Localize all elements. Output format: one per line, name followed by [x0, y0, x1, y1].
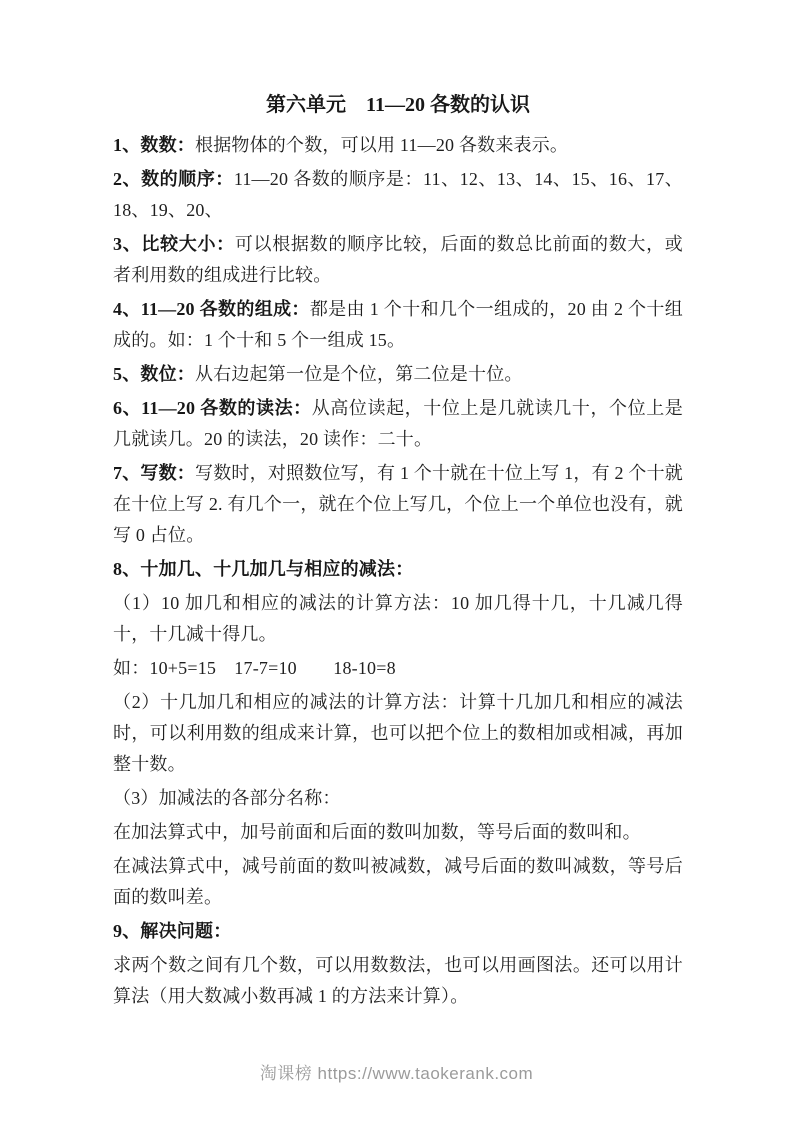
paragraph: 2、数的顺序：11—20 各数的顺序是：11、12、13、14、15、16、17…: [113, 164, 683, 226]
paragraph: 8、十加几、十几加几与相应的减法：: [113, 554, 683, 585]
paragraph-text: 写数时，对照数位写，有 1 个十就在十位上写 1，有 2 个十就在十位上写 2.…: [113, 463, 683, 545]
paragraph-label: 7、写数：: [113, 463, 195, 483]
paragraph: 7、写数：写数时，对照数位写，有 1 个十就在十位上写 1，有 2 个十就在十位…: [113, 458, 683, 551]
paragraph-equations: 如：10+5=15 17-7=10 18-10=8: [113, 653, 683, 684]
paragraph-label: 8、十加几、十几加几与相应的减法：: [113, 559, 413, 579]
paragraph: 9、解决问题：: [113, 916, 683, 947]
paragraph: 5、数位：从右边起第一位是个位，第二位是十位。: [113, 359, 683, 390]
paragraph-label: 4、11—20 各数的组成：: [113, 299, 310, 319]
page-title: 第六单元 11—20 各数的认识: [113, 90, 683, 120]
paragraph: （2）十几加几和相应的减法的计算方法：计算十几加几和相应的减法时，可以利用数的组…: [113, 687, 683, 780]
paragraph-text: （3）加减法的各部分名称：: [113, 788, 341, 808]
paragraph: 求两个数之间有几个数，可以用数数法，也可以用画图法。还可以用计算法（用大数减小数…: [113, 950, 683, 1012]
paragraph-label: 3、比较大小：: [113, 234, 235, 254]
paragraph: 1、数数：根据物体的个数，可以用 11—20 各数来表示。: [113, 130, 683, 161]
paragraph-label: 2、数的顺序：: [113, 169, 234, 189]
paragraph-label: 6、11—20 各数的读法：: [113, 398, 312, 418]
paragraph: （3）加减法的各部分名称：: [113, 783, 683, 814]
paragraph: 6、11—20 各数的读法：从高位读起，十位上是几就读几十，个位上是几就读几。2…: [113, 393, 683, 455]
paragraph-text: 如：10+5=15 17-7=10 18-10=8: [113, 658, 396, 678]
paragraph: 在减法算式中，减号前面的数叫被减数，减号后面的数叫减数，等号后面的数叫差。: [113, 851, 683, 913]
paragraph-text: 求两个数之间有几个数，可以用数数法，也可以用画图法。还可以用计算法（用大数减小数…: [113, 955, 683, 1006]
paragraph-text: （2）十几加几和相应的减法的计算方法：计算十几加几和相应的减法时，可以利用数的组…: [113, 692, 683, 774]
document-page: 第六单元 11—20 各数的认识 1、数数：根据物体的个数，可以用 11—20 …: [0, 0, 793, 1122]
paragraph-label: 5、数位：: [113, 364, 195, 384]
paragraph-text: 在加法算式中，加号前面和后面的数叫加数，等号后面的数叫和。: [113, 822, 641, 842]
paragraph-text: 从右边起第一位是个位，第二位是十位。: [195, 364, 523, 384]
paragraph-text: 根据物体的个数，可以用 11—20 各数来表示。: [195, 135, 568, 155]
paragraph-text: 在减法算式中，减号前面的数叫被减数，减号后面的数叫减数，等号后面的数叫差。: [113, 856, 683, 907]
paragraph-label: 1、数数：: [113, 135, 195, 155]
paragraph-text: （1）10 加几和相应的减法的计算方法：10 加几得十几，十几减几得十，十几减十…: [113, 593, 683, 644]
paragraph: 4、11—20 各数的组成：都是由 1 个十和几个一组成的，20 由 2 个十组…: [113, 294, 683, 356]
watermark-footer: 淘课榜 https://www.taokerank.com: [0, 1059, 793, 1084]
document-content: 第六单元 11—20 各数的认识 1、数数：根据物体的个数，可以用 11—20 …: [113, 90, 683, 1015]
paragraph: 3、比较大小：可以根据数的顺序比较，后面的数总比前面的数大，或者利用数的组成进行…: [113, 229, 683, 291]
paragraph: 在加法算式中，加号前面和后面的数叫加数，等号后面的数叫和。: [113, 817, 683, 848]
paragraph: （1）10 加几和相应的减法的计算方法：10 加几得十几，十几减几得十，十几减十…: [113, 588, 683, 650]
paragraph-label: 9、解决问题：: [113, 921, 231, 941]
